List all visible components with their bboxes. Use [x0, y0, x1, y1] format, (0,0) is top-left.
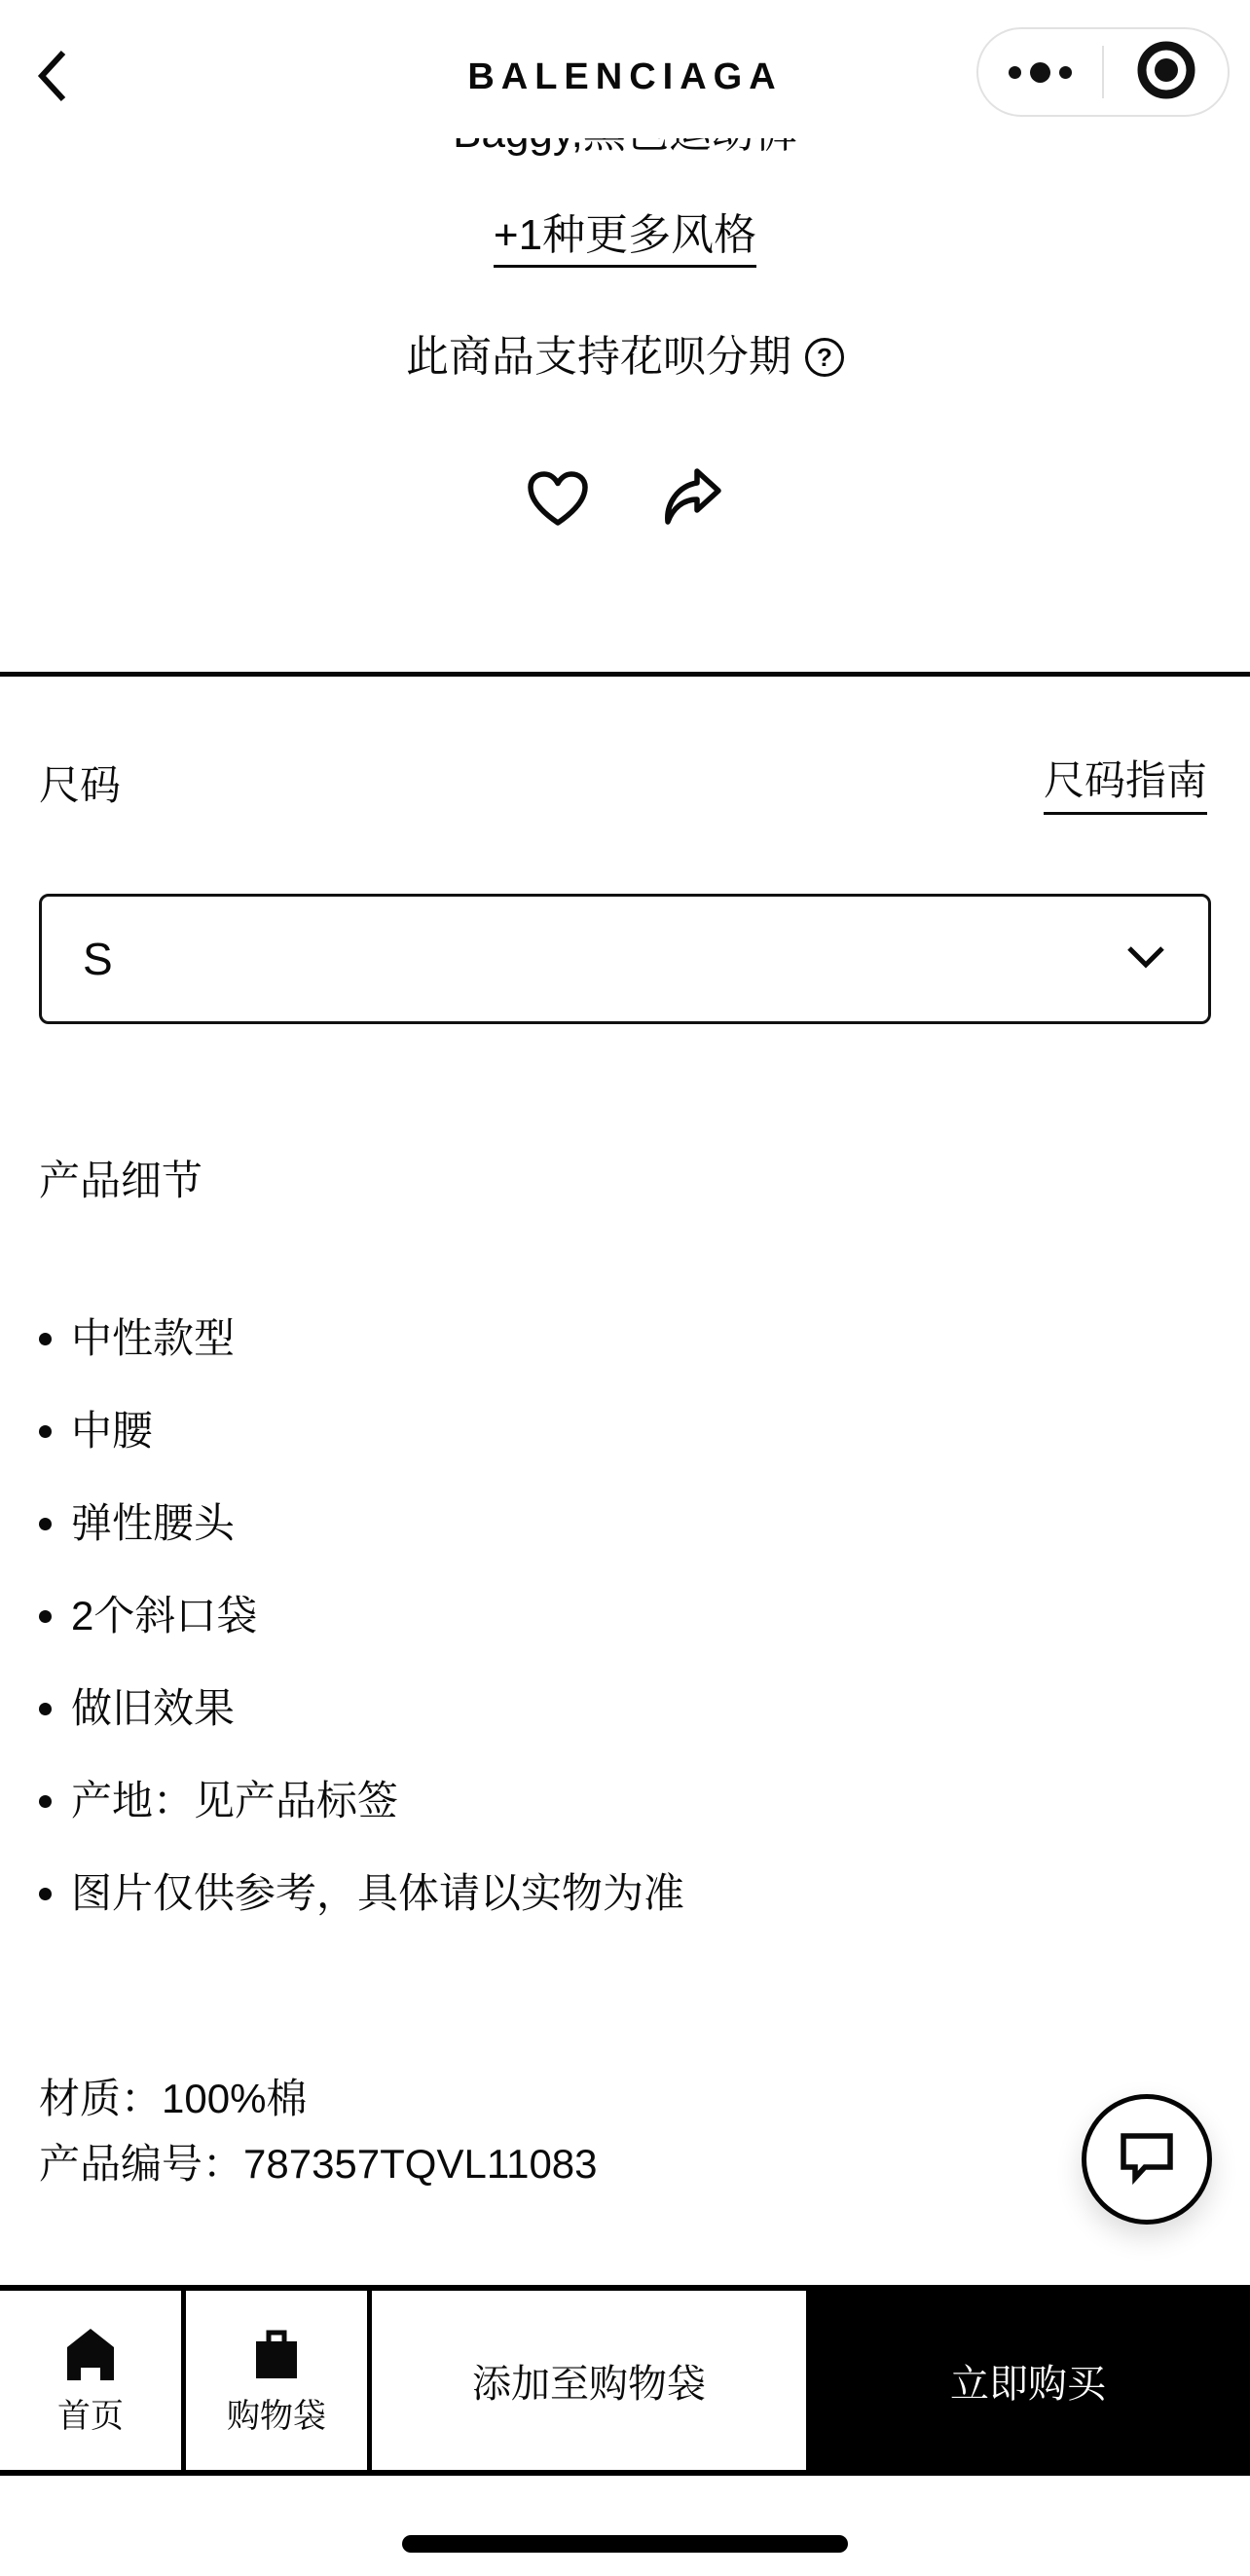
buy-now-button[interactable]: 立即购买	[806, 2291, 1250, 2470]
bullet-icon	[39, 1610, 52, 1623]
list-item-text: 图片仅供参考，具体请以实物为准	[71, 1871, 684, 1916]
size-row: 尺码 尺码指南	[39, 755, 1207, 815]
list-item: 做旧效果	[39, 1686, 1211, 1731]
material-block: 材质：100%棉 产品编号：787357TQVL11083	[39, 2066, 598, 2196]
bullet-icon	[39, 1795, 52, 1808]
section-divider	[0, 672, 1250, 677]
bullet-icon	[39, 1425, 52, 1438]
details-title: 产品细节	[39, 1159, 202, 1203]
bullet-icon	[39, 1703, 52, 1715]
add-to-bag-label: 添加至购物袋	[472, 2353, 706, 2409]
size-guide-link[interactable]: 尺码指南	[1044, 755, 1207, 815]
details-list: 中性款型 中腰 弹性腰头 2个斜口袋 做旧效果 产地：见产品标签 图片仅供参考，…	[39, 1316, 1211, 1964]
list-item-text: 中性款型	[71, 1316, 235, 1361]
speech-bubble-icon	[1117, 2130, 1177, 2190]
share-arrow-icon	[660, 467, 724, 536]
action-icons-row	[0, 467, 1250, 536]
material-text: 材质：100%棉	[39, 2066, 598, 2131]
question-circle-icon[interactable]: ?	[805, 338, 844, 377]
home-tab[interactable]: 首页	[0, 2291, 186, 2470]
list-item-text: 产地：见产品标签	[71, 1779, 398, 1823]
size-select[interactable]: S	[39, 894, 1211, 1024]
more-button[interactable]	[978, 29, 1102, 115]
installment-text: 此商品支持花呗分期	[406, 329, 791, 386]
list-item: 产地：见产品标签	[39, 1779, 1211, 1823]
three-dots-icon	[1009, 62, 1072, 83]
bag-tab[interactable]: 购物袋	[186, 2291, 372, 2470]
bottom-bar: 首页 购物袋 添加至购物袋 立即购买	[0, 2285, 1250, 2476]
add-to-bag-button[interactable]: 添加至购物袋	[372, 2291, 806, 2470]
exit-button[interactable]	[1104, 29, 1228, 115]
list-item-text: 做旧效果	[71, 1686, 235, 1731]
list-item: 中性款型	[39, 1316, 1211, 1361]
list-item-text: 弹性腰头	[71, 1501, 235, 1546]
list-item-text: 2个斜口袋	[71, 1594, 257, 1638]
shopping-bag-icon	[253, 2328, 300, 2385]
list-item: 弹性腰头	[39, 1501, 1211, 1546]
share-button[interactable]	[660, 467, 724, 536]
size-label: 尺码	[39, 760, 121, 811]
product-code-text: 产品编号：787357TQVL11083	[39, 2131, 598, 2196]
wishlist-button[interactable]	[526, 470, 590, 534]
home-tab-label: 首页	[57, 2399, 124, 2434]
installment-row: 此商品支持花呗分期 ?	[0, 329, 1250, 386]
heart-icon	[526, 470, 590, 534]
more-styles-link[interactable]: +1种更多风格	[494, 210, 756, 268]
chat-button[interactable]	[1082, 2094, 1212, 2225]
list-item: 图片仅供参考，具体请以实物为准	[39, 1871, 1211, 1916]
size-selected-value: S	[83, 933, 113, 985]
buy-now-label: 立即购买	[950, 2353, 1106, 2409]
bullet-icon	[39, 1333, 52, 1345]
house-icon	[65, 2328, 116, 2385]
target-circle-icon	[1134, 38, 1198, 107]
bullet-icon	[39, 1518, 52, 1530]
home-indicator[interactable]	[402, 2535, 848, 2553]
bag-tab-label: 购物袋	[227, 2399, 326, 2434]
more-styles-row: +1种更多风格	[0, 210, 1250, 268]
list-item: 中腰	[39, 1409, 1211, 1454]
miniprogram-capsule	[976, 27, 1230, 117]
list-item-text: 中腰	[71, 1409, 153, 1454]
bullet-icon	[39, 1888, 52, 1900]
list-item: 2个斜口袋	[39, 1594, 1211, 1638]
chevron-down-icon	[1124, 943, 1167, 975]
header: BALENCIAGA	[0, 0, 1250, 138]
screen: Baggy,黑色运动裤 BALENCIAGA	[0, 0, 1250, 2576]
